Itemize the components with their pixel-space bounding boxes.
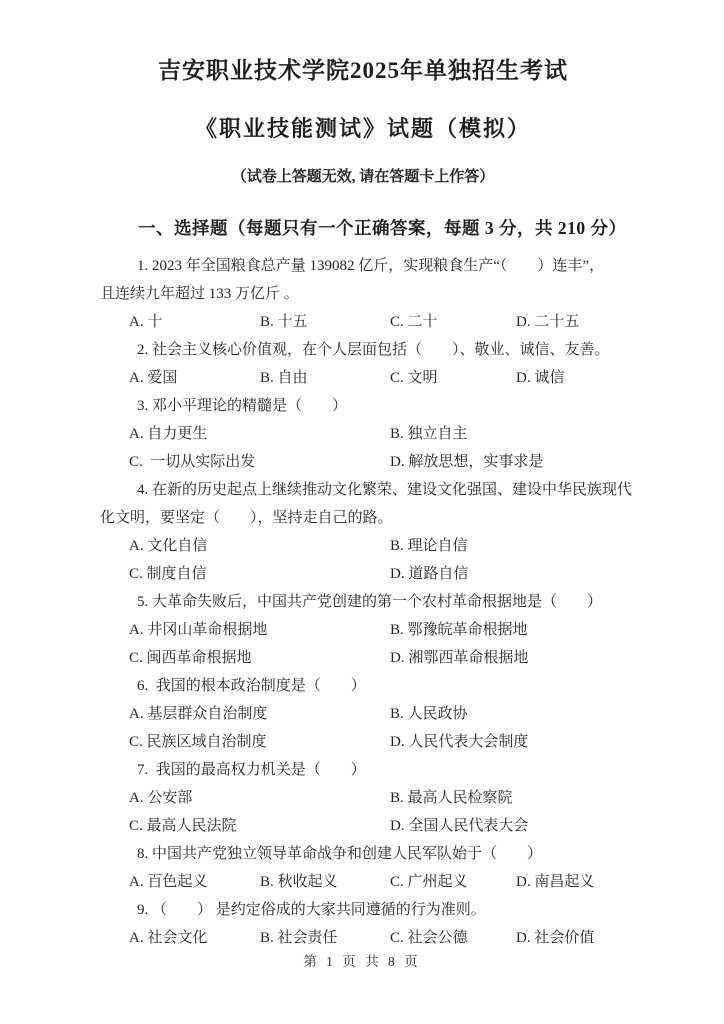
question-2-options: A. 爱国 B. 自由 C. 文明 D. 诚信 <box>100 364 626 392</box>
question-4: 4. 在新的历史起点上继续推动文化繁荣、建设文化强国、建设中华民族现代 化文明，… <box>100 476 626 588</box>
question-9-option-c: C. 社会公德 <box>390 924 516 952</box>
question-7-option-a: A. 公安部 <box>129 784 390 812</box>
question-3-text: 3. 邓小平理论的精髓是（ ） <box>100 392 626 420</box>
question-6-option-b: B. 人民政协 <box>390 700 626 728</box>
question-8: 8. 中国共产党独立领导革命战争和创建人民军队始于（ ） A. 百色起义 B. … <box>100 840 626 896</box>
question-1-options: A. 十 B. 十五 C. 二十 D. 二十五 <box>100 308 626 336</box>
question-4-option-a: A. 文化自信 <box>129 532 390 560</box>
question-4-options-row-1: A. 文化自信 B. 理论自信 <box>100 532 626 560</box>
question-3-options-row-1: A. 自力更生 B. 独立自主 <box>100 420 626 448</box>
question-1-option-a: A. 十 <box>129 308 260 336</box>
question-6-option-d: D. 人民代表大会制度 <box>390 728 626 756</box>
question-5-options-row-2: C. 闽西革命根据地 D. 湘鄂西革命根据地 <box>100 644 626 672</box>
question-3-option-b: B. 独立自主 <box>390 420 626 448</box>
question-8-option-b: B. 秋收起义 <box>260 868 390 896</box>
answer-sheet-notice: （试卷上答题无效, 请在答题卡上作答） <box>100 167 626 187</box>
question-2-option-c: C. 文明 <box>390 364 516 392</box>
question-6-text: 6. 我国的根本政治制度是（ ） <box>100 672 626 700</box>
question-7: 7. 我国的最高权力机关是（ ） A. 公安部 B. 最高人民检察院 C. 最高… <box>100 756 626 840</box>
question-7-options-row-2: C. 最高人民法院 D. 全国人民代表大会 <box>100 812 626 840</box>
section-heading: 一、选择题（每题只有一个正确答案，每题 3 分，共 210 分） <box>100 217 626 240</box>
question-9: 9. （ ） 是约定俗成的大家共同遵循的行为准则。 A. 社会文化 B. 社会责… <box>100 896 626 952</box>
question-4-option-c: C. 制度自信 <box>129 560 390 588</box>
question-7-option-c: C. 最高人民法院 <box>129 812 390 840</box>
question-1-option-c: C. 二十 <box>390 308 516 336</box>
question-8-option-d: D. 南昌起义 <box>516 868 626 896</box>
question-1-option-d: D. 二十五 <box>516 308 626 336</box>
question-5-options-row-1: A. 井冈山革命根据地 B. 鄂豫皖革命根据地 <box>100 616 626 644</box>
question-8-options: A. 百色起义 B. 秋收起义 C. 广州起义 D. 南昌起义 <box>100 868 626 896</box>
question-3-option-a: A. 自力更生 <box>129 420 390 448</box>
question-5-text: 5. 大革命失败后，中国共产党创建的第一个农村革命根据地是（ ） <box>100 588 626 616</box>
question-4-option-d: D. 道路自信 <box>390 560 626 588</box>
question-6: 6. 我国的根本政治制度是（ ） A. 基层群众自治制度 B. 人民政协 C. … <box>100 672 626 756</box>
question-1-text-line-1: 1. 2023 年全国粮食总产量 139082 亿斤，实现粮食生产“（ ）连丰”… <box>100 252 626 280</box>
question-5: 5. 大革命失败后，中国共产党创建的第一个农村革命根据地是（ ） A. 井冈山革… <box>100 588 626 672</box>
question-1-text-line-2: 且连续九年超过 133 万亿斤 。 <box>100 280 626 308</box>
question-3-option-c: C. 一切从实际出发 <box>129 448 390 476</box>
question-8-option-a: A. 百色起义 <box>129 868 260 896</box>
question-5-option-b: B. 鄂豫皖革命根据地 <box>390 616 626 644</box>
question-5-option-d: D. 湘鄂西革命根据地 <box>390 644 626 672</box>
question-8-option-c: C. 广州起义 <box>390 868 516 896</box>
question-9-option-b: B. 社会责任 <box>260 924 390 952</box>
question-1: 1. 2023 年全国粮食总产量 139082 亿斤，实现粮食生产“（ ）连丰”… <box>100 252 626 336</box>
question-2-option-d: D. 诚信 <box>516 364 626 392</box>
question-4-options-row-2: C. 制度自信 D. 道路自信 <box>100 560 626 588</box>
question-4-text-line-1: 4. 在新的历史起点上继续推动文化繁荣、建设文化强国、建设中华民族现代 <box>100 476 626 504</box>
question-2-option-a: A. 爱国 <box>129 364 260 392</box>
question-3-option-d: D. 解放思想，实事求是 <box>390 448 626 476</box>
question-6-options-row-1: A. 基层群众自治制度 B. 人民政协 <box>100 700 626 728</box>
question-5-option-a: A. 井冈山革命根据地 <box>129 616 390 644</box>
page-number: 第 1 页 共 8 页 <box>0 950 724 970</box>
question-7-option-b: B. 最高人民检察院 <box>390 784 626 812</box>
question-8-text: 8. 中国共产党独立领导革命战争和创建人民军队始于（ ） <box>100 840 626 868</box>
question-7-option-d: D. 全国人民代表大会 <box>390 812 626 840</box>
question-9-text: 9. （ ） 是约定俗成的大家共同遵循的行为准则。 <box>100 896 626 924</box>
question-7-text: 7. 我国的最高权力机关是（ ） <box>100 756 626 784</box>
question-6-option-c: C. 民族区域自治制度 <box>129 728 390 756</box>
question-4-option-b: B. 理论自信 <box>390 532 626 560</box>
exam-paper-page: 吉安职业技术学院2025年单独招生考试 《职业技能测试》试题（模拟） （试卷上答… <box>0 0 724 1024</box>
question-2: 2. 社会主义核心价值观，在个人层面包括（ ）、敬业、诚信、友善。 A. 爱国 … <box>100 336 626 392</box>
question-1-option-b: B. 十五 <box>260 308 390 336</box>
question-7-options-row-1: A. 公安部 B. 最高人民检察院 <box>100 784 626 812</box>
question-2-text: 2. 社会主义核心价值观，在个人层面包括（ ）、敬业、诚信、友善。 <box>100 336 626 364</box>
question-3: 3. 邓小平理论的精髓是（ ） A. 自力更生 B. 独立自主 C. 一切从实际… <box>100 392 626 476</box>
question-4-text-line-2: 化文明，要坚定（ ），坚持走自己的路。 <box>100 504 626 532</box>
question-9-options: A. 社会文化 B. 社会责任 C. 社会公德 D. 社会价值 <box>100 924 626 952</box>
question-9-option-d: D. 社会价值 <box>516 924 626 952</box>
question-6-options-row-2: C. 民族区域自治制度 D. 人民代表大会制度 <box>100 728 626 756</box>
question-9-option-a: A. 社会文化 <box>129 924 260 952</box>
exam-subject-title: 《职业技能测试》试题（模拟） <box>100 115 626 143</box>
question-6-option-a: A. 基层群众自治制度 <box>129 700 390 728</box>
question-2-option-b: B. 自由 <box>260 364 390 392</box>
questions-body: 1. 2023 年全国粮食总产量 139082 亿斤，实现粮食生产“（ ）连丰”… <box>100 252 626 952</box>
question-3-options-row-2: C. 一切从实际出发 D. 解放思想，实事求是 <box>100 448 626 476</box>
exam-title: 吉安职业技术学院2025年单独招生考试 <box>100 56 626 86</box>
question-5-option-c: C. 闽西革命根据地 <box>129 644 390 672</box>
